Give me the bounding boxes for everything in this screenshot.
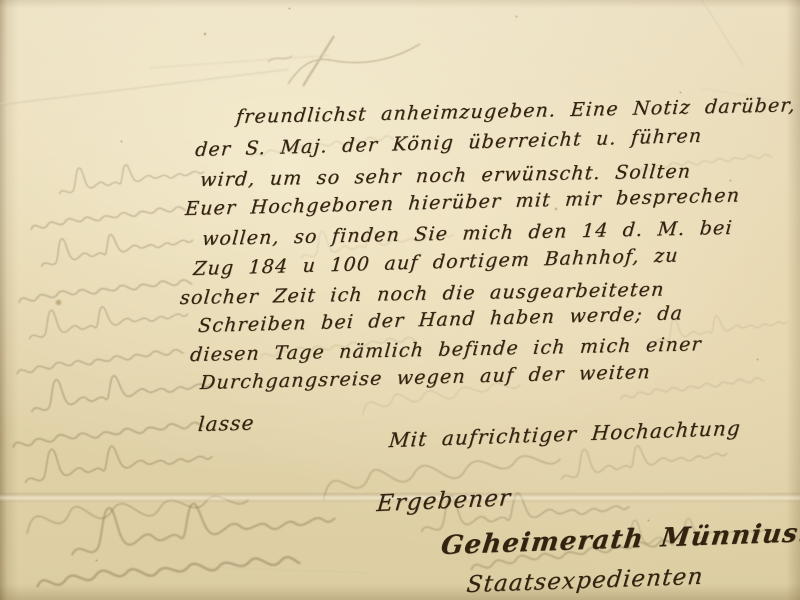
body-line-2: der S. Maj. der König überreicht u. führ… xyxy=(194,125,703,161)
crease-top-left-2 xyxy=(150,54,330,69)
foxing-spot xyxy=(679,91,682,94)
closing-line: Mit aufrichtiger Hochachtung xyxy=(388,416,742,452)
body-line-7: solcher Zeit ich noch die ausgearbeitete… xyxy=(179,279,665,309)
body-line-4: Euer Hochgeboren hierüber mit mir bespre… xyxy=(184,184,741,220)
foxing-spot xyxy=(120,140,123,143)
body-line-11: lasse xyxy=(197,411,256,437)
letter-page: freundlichst anheimzugeben. Eine Notiz d… xyxy=(0,0,800,600)
body-line-10: Durchgangsreise wegen auf der weiten xyxy=(199,361,651,394)
body-line-1: freundlichst anheimzugeben. Eine Notiz d… xyxy=(235,94,797,128)
crease-top-left xyxy=(0,68,289,107)
foxing-spot xyxy=(554,207,558,211)
body-line-8: Schreiben bei der Hand haben werde; da xyxy=(197,302,684,337)
foxing-spot xyxy=(203,32,207,36)
foxing-spot xyxy=(756,358,759,361)
foxing-spot xyxy=(729,179,732,182)
crease-top-right xyxy=(685,0,745,66)
body-line-3: wird, um so sehr noch erwünscht. Sollten xyxy=(199,160,692,191)
stain xyxy=(54,299,63,306)
horizontal-fold-crease xyxy=(0,493,800,502)
signature-title: Staatsexpedienten xyxy=(465,564,705,598)
foxing-spot xyxy=(647,519,650,522)
foxing-spot xyxy=(288,7,291,10)
body-line-9: diesen Tage nämlich befinde ich mich ein… xyxy=(189,333,703,366)
body-line-6: Zug 184 u 100 auf dortigem Bahnhof, zu xyxy=(192,244,679,280)
signature: Geheimerath Münnius. xyxy=(439,518,800,561)
body-line-5: wollen, so finden Sie mich den 14 d. M. … xyxy=(201,217,734,250)
foxing-spot xyxy=(95,559,98,562)
crease-bottom xyxy=(210,565,370,573)
crease-right-upper xyxy=(701,86,800,105)
foxing-spot xyxy=(419,253,422,256)
foxing-spot xyxy=(515,15,518,18)
